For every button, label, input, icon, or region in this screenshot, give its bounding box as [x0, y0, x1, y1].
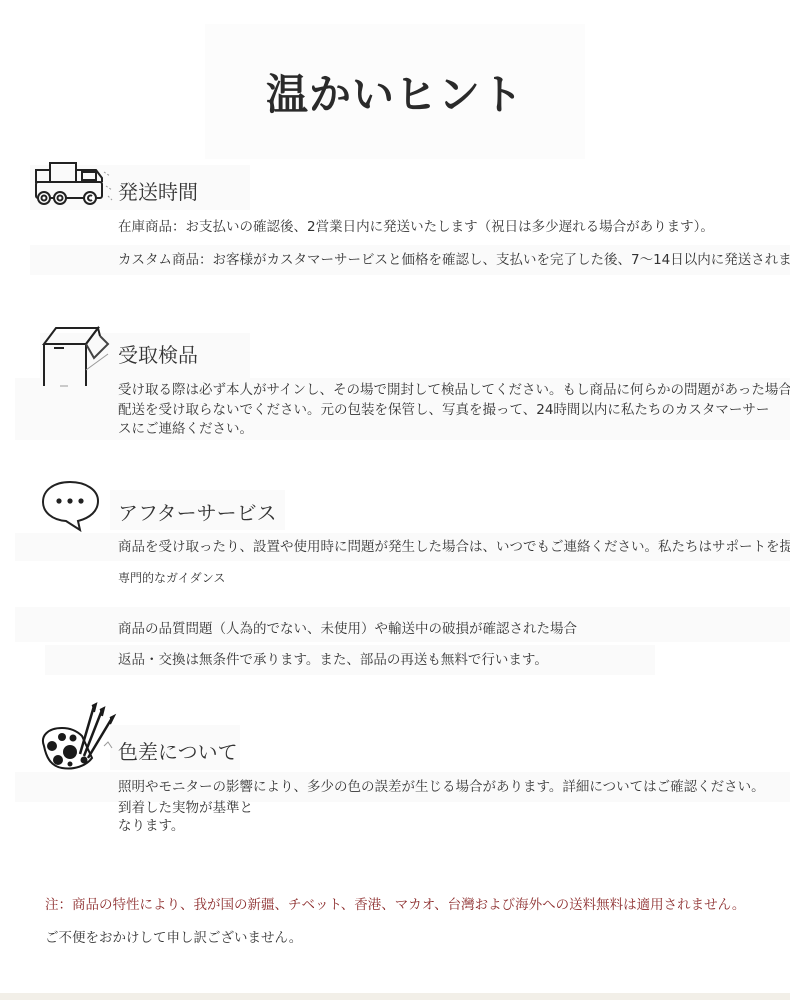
shipping-exclusion-note: 注：商品の特性により、我が国の新疆、チベット、香港、マカオ、台灣および海外への送…: [45, 893, 745, 913]
color-difference-line-3: なります。: [118, 817, 184, 836]
speech-bubble-icon: [40, 478, 102, 538]
warm-tips-page: 温かいヒント 発送時間 在庫商品：お支払いの確認後、2営業日内に発送いたします（…: [0, 0, 790, 1000]
truck-icon: [34, 160, 116, 212]
color-difference-line-1: 照明やモニターの影響により、多少の色の誤差が生じる場合があります。詳細については…: [118, 778, 765, 797]
after-sales-line-3: 商品の品質問題（人為的でない、未使用）や輸送中の破損が確認された場合: [118, 620, 577, 639]
title-banner: 温かいヒント: [205, 24, 585, 159]
section-heading-after-sales: アフターサービス: [118, 497, 277, 526]
after-sales-line-1: 商品を受け取ったり、設置や使用時に問題が発生した場合は、いつでもご連絡ください。…: [118, 538, 790, 557]
section-heading-shipping: 発送時間: [118, 176, 198, 205]
footer-strip: [0, 993, 790, 1000]
section-heading-color-difference: 色差について: [118, 736, 238, 765]
inspection-line-2: 配送を受け取らないでください。元の包装を保管し、写真を撮って、24時間以内に私た…: [118, 401, 769, 420]
after-sales-line-2: 専門的なガイダンス: [118, 569, 225, 588]
shipping-line-1: 在庫商品：お支払いの確認後、2営業日内に発送いたします（祝日は多少遅れる場合があ…: [118, 218, 714, 237]
paint-palette-icon: [38, 702, 118, 778]
apology-text: ご不便をおかけして申し訳ございません。: [45, 926, 302, 946]
inspection-line-3: スにご連絡ください。: [118, 420, 253, 439]
inspection-line-1: 受け取る際は必ず本人がサインし、その場で開封して検品してください。もし商品に何ら…: [118, 381, 790, 400]
section-heading-inspection: 受取検品: [118, 339, 198, 368]
page-title: 温かいヒント: [266, 62, 524, 122]
color-difference-line-2: 到着した実物が基準と: [118, 799, 253, 818]
open-box-icon: [40, 324, 112, 396]
shipping-line-2: カスタム商品：お客様がカスタマーサービスと価格を確認し、支払いを完了した後、7〜…: [118, 251, 790, 270]
after-sales-line-4: 返品・交換は無条件で承ります。また、部品の再送も無料で行います。: [118, 651, 548, 670]
